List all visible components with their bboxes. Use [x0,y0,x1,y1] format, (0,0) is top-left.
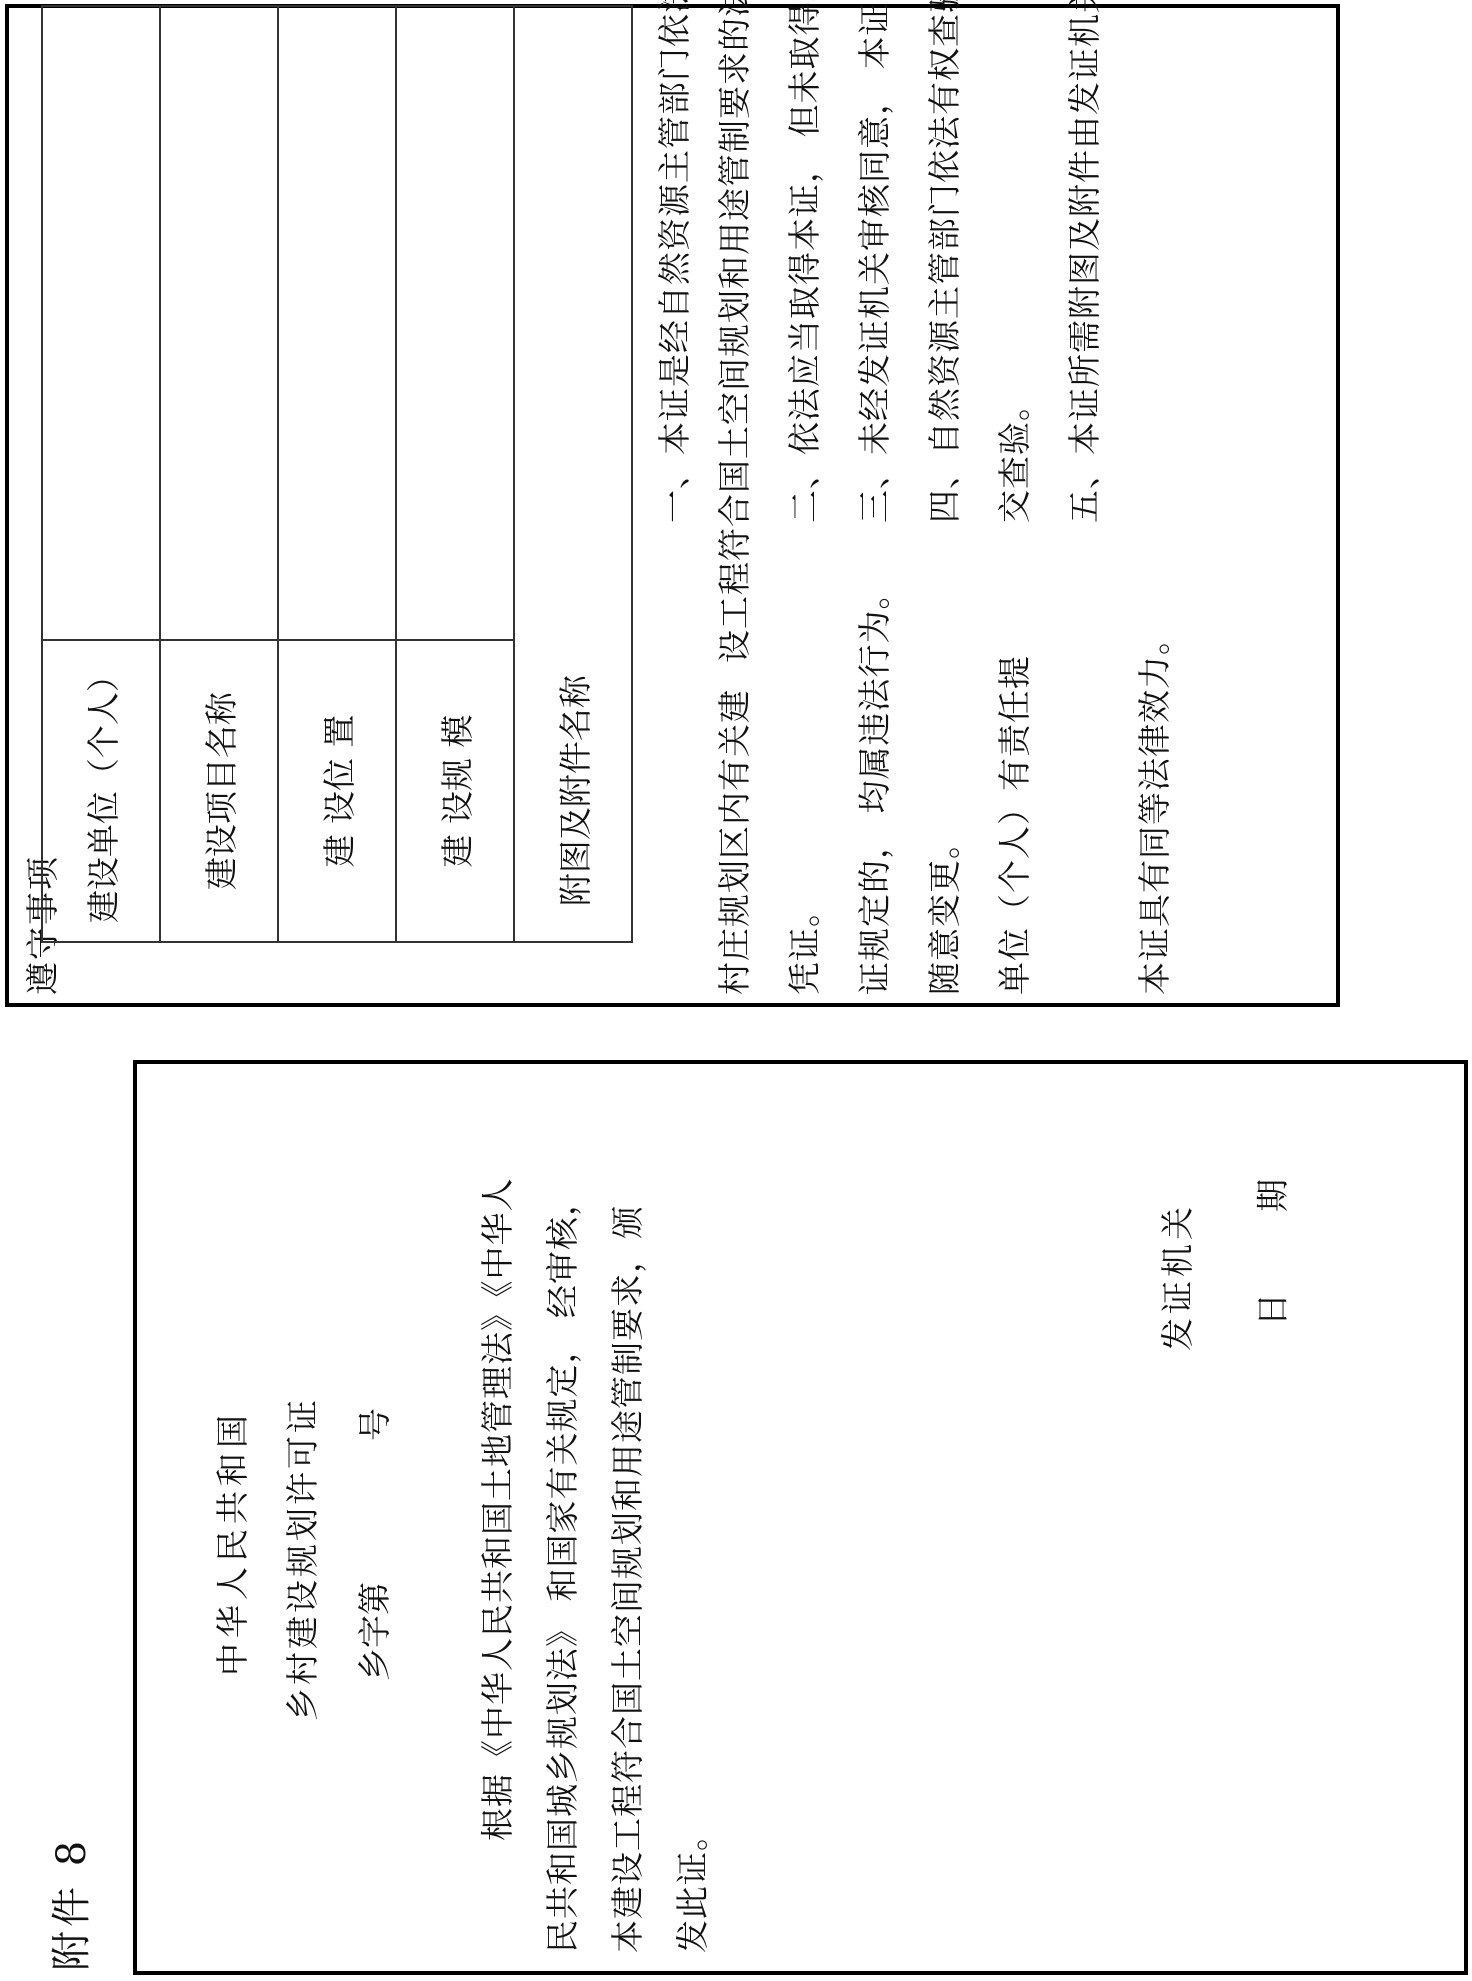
table-row: 附图及附件名称 [514,6,632,942]
table-value-project-name [160,6,278,640]
date-label: 日 期 [1247,1179,1294,1326]
certificate-title-country: 中华人民共和国 [207,1410,254,1676]
rule-3-line-2: 随意变更。 [919,825,966,995]
certificate-body-line-1: 根据《中华人民共和国土地管理法》《中华人 [472,1178,519,1842]
attachment-label: 附件 8 [40,1837,97,1971]
table-value-builder [42,6,160,640]
rule-2-line-1: 二、依法应当取得本证， 但未取得本证或违反本 [779,0,826,523]
table-value-scale [396,6,514,640]
table-label-builder: 建设单位（个人） [42,640,160,942]
rule-1-line-3: 凭证。 [779,893,826,995]
certificate-title-permit: 乡村建设规划许可证 [277,1397,324,1721]
table-label-location: 建 设位 置 [278,640,396,942]
certificate-number: 乡字第 号 [349,1408,396,1681]
rule-1-line-2b: 设工程符合国土空间规划和用途管制要求的法律 [709,0,756,663]
certificate-body-line-3: 本建设工程符合国土空间规划和用途管制要求，颁 [602,1205,649,1953]
rule-4-line-3: 交查验。 [989,387,1036,523]
rule-5-line-2: 本证具有同等法律效力。 [1129,621,1176,995]
rule-4-line-1: 四、自然资源主管部门依法有权查验本证， 建设 [919,0,966,523]
table-row: 建 设位 置 [278,6,396,942]
table-value-attachments [514,6,632,640]
rule-3-line-1: 三、未经发证机关审核同意， 本证的各项规定不得 [849,0,896,523]
project-info-table: 建设单位（个人） 建设项目名称 建 设位 置 建 设规 模 附图及附件名称 [41,5,633,943]
number-prefix: 乡字第 [355,1582,394,1681]
table-label-attachments: 附图及附件名称 [514,640,632,942]
certificate-body-line-4: 发此证。 [667,1817,714,1953]
table-row: 建设单位（个人） [42,6,160,942]
table-value-location [278,6,396,640]
table-row: 建 设规 模 [396,6,514,942]
issuer-label: 发证机关 [1152,1203,1199,1351]
rule-1-line-1: 一、本证是经自然资源主管部门依法审核， 在乡、 [649,0,696,523]
certificate-body-line-2: 民共和国城乡规划法》 和国家有关规定， 经审核， [537,1182,584,1953]
table-label-scale: 建 设规 模 [396,640,514,942]
rule-5-line-1: 五、本证所需附图及附件由发证机关依法确定， 与 [1059,0,1106,523]
table-label-project-name: 建设项目名称 [160,640,278,942]
rules-panel: 遵守事项 建设单位（个人） 建设项目名称 建 设位 置 建 设规 模 附图及附件… [5,4,1340,1007]
certificate-panel: 中华人民共和国 乡村建设规划许可证 乡字第 号 根据《中华人民共和国土地管理法》… [133,1060,1468,1975]
rule-2-line-2: 证规定的， 均属违法行为。 [849,576,896,996]
table-row: 建设项目名称 [160,6,278,942]
document-page: 附件 8 中华人民共和国 乡村建设规划许可证 乡字第 号 根据《中华人民共和国土… [0,0,1472,1981]
number-suffix: 号 [355,1408,394,1441]
rule-1-line-2a: 村庄规划区内有关建 [709,689,756,995]
rule-4-line-2: 单位（个人）有责任提 [989,655,1036,995]
